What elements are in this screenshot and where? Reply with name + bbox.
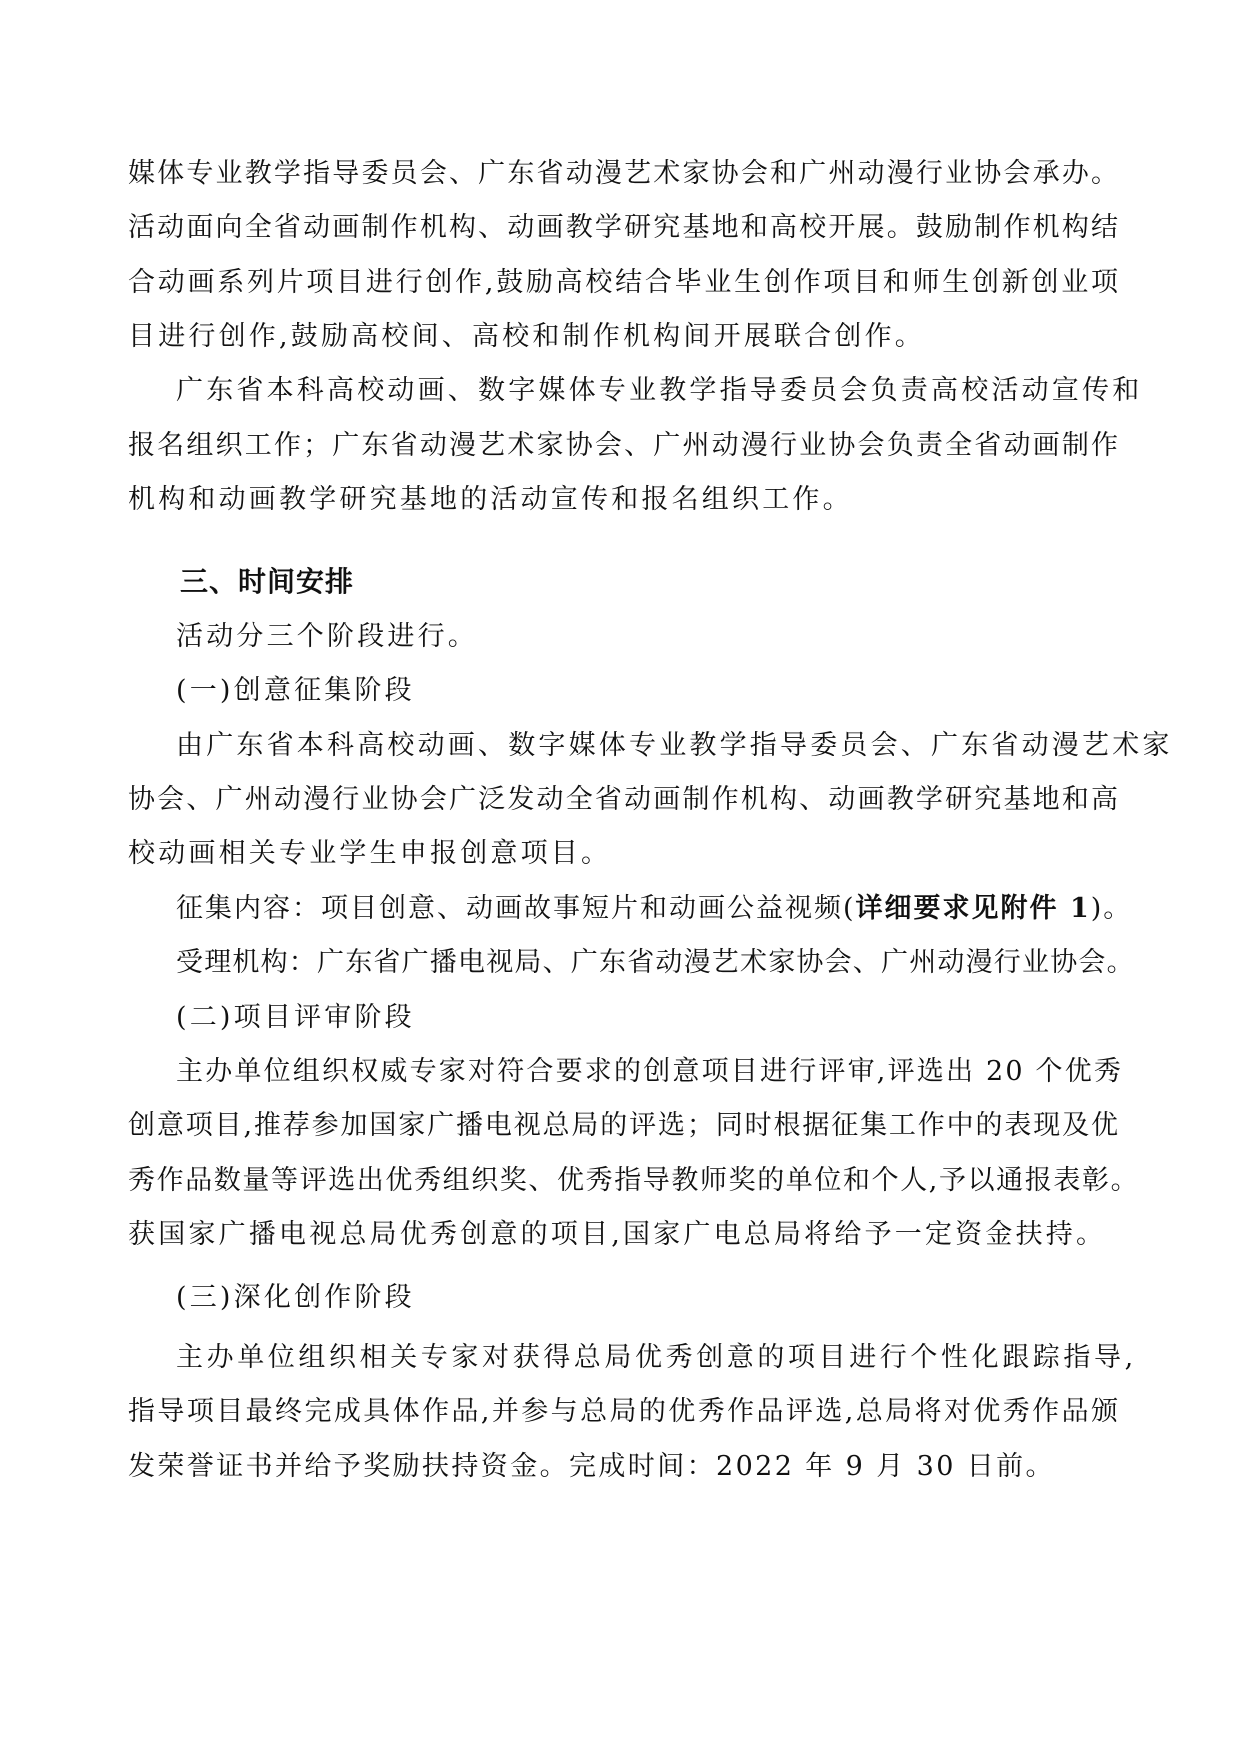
- paragraph-line: 获国家广播电视总局优秀创意的项目,国家广电总局将给予一定资金扶持。: [128, 1215, 1106, 1255]
- paragraph-line: 目进行创作,鼓励高校间、高校和制作机构间开展联合创作。: [128, 317, 925, 357]
- paragraph-line: 机构和动画教学研究基地的活动宣传和报名组织工作。: [128, 480, 853, 520]
- paragraph-line: 活动面向全省动画制作机构、动画教学研究基地和高校开展。鼓励制作机构结: [128, 208, 1118, 248]
- paragraph-line: 合动画系列片项目进行创作,鼓励高校结合毕业生创作项目和师生创新创业项: [128, 263, 1118, 303]
- paragraph-line: 校动画相关专业学生申报创意项目。: [128, 834, 611, 874]
- paragraph-line: 媒体专业教学指导委员会、广东省动漫艺术家协会和广州动漫行业协会承办。: [128, 154, 1118, 194]
- stage-1-title: (一)创意征集阶段: [176, 671, 415, 711]
- receiving-organizations: 受理机构：广东省广播电视局、广东省动漫艺术家协会、广州动漫行业协会。: [176, 943, 1135, 983]
- paragraph-line: 秀作品数量等评选出优秀组织奖、优秀指导教师奖的单位和个人,予以通报表彰。: [128, 1161, 1139, 1201]
- stage-2-title: (二)项目评审阶段: [176, 998, 415, 1038]
- collection-content-end: )。: [1091, 893, 1133, 924]
- paragraph-line: 主办单位组织相关专家对获得总局优秀创意的项目进行个性化跟踪指导,: [176, 1338, 1137, 1378]
- stage-3-title: (三)深化创作阶段: [176, 1278, 415, 1318]
- paragraph-line: 发荣誉证书并给予奖励扶持资金。完成时间：2022 年 9 月 30 日前。: [128, 1447, 1055, 1487]
- paragraph-line: 创意项目,推荐参加国家广播电视总局的评选；同时根据征集工作中的表现及优: [128, 1106, 1118, 1146]
- paragraph-line: 报名组织工作；广东省动漫艺术家协会、广州动漫行业协会负责全省动画制作: [128, 426, 1118, 466]
- paragraph-line: 广东省本科高校动画、数字媒体专业教学指导委员会负责高校活动宣传和: [176, 371, 1142, 411]
- collection-content-label: 征集内容：项目创意、动画故事短片和动画公益视频(: [176, 893, 856, 924]
- section-intro: 活动分三个阶段进行。: [176, 617, 478, 657]
- attachment-reference: 详细要求见附件 1: [856, 893, 1091, 924]
- paragraph-line: 协会、广州动漫行业协会广泛发动全省动画制作机构、动画教学研究基地和高: [128, 780, 1118, 820]
- paragraph-line: 主办单位组织权威专家对符合要求的创意项目进行评审,评选出 20 个优秀: [176, 1052, 1123, 1092]
- paragraph-line: 指导项目最终完成具体作品,并参与总局的优秀作品评选,总局将对优秀作品颁: [128, 1392, 1118, 1432]
- collection-content: 征集内容：项目创意、动画故事短片和动画公益视频(详细要求见附件 1)。: [176, 889, 1132, 929]
- section-heading: 三、时间安排: [180, 562, 354, 602]
- paragraph-line: 由广东省本科高校动画、数字媒体专业教学指导委员会、广东省动漫艺术家: [176, 726, 1173, 766]
